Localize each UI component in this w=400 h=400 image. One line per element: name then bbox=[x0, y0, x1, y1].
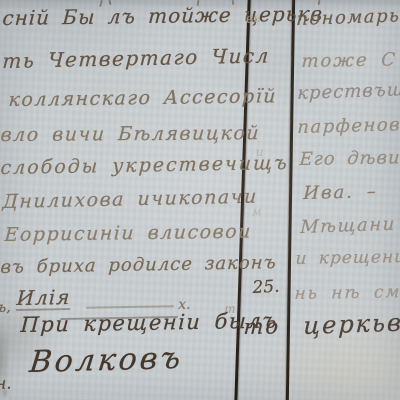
manuscript-page: сній Бы лъ тойже церькв ть Четвертаго Чи… bbox=[0, 0, 400, 400]
handwriting-line: Ива. – bbox=[303, 183, 378, 203]
handwriting-line: пономарь в bbox=[296, 6, 400, 29]
right-column: пономарь в тоже С крествъш парфеновъ Его… bbox=[0, 0, 400, 400]
handwriting-line: Мѣщани bbox=[300, 216, 396, 237]
handwriting-line: нь нѣ см bbox=[294, 284, 400, 303]
handwriting-line: тоже С bbox=[301, 51, 397, 71]
handwriting-line: крествъш bbox=[297, 81, 400, 103]
handwriting-line: Его дѣви bbox=[299, 149, 400, 169]
handwriting-line: церкьв bbox=[303, 310, 400, 338]
handwriting-line: парфеновъ bbox=[297, 116, 400, 137]
handwriting-line: и крещени bbox=[295, 249, 400, 268]
